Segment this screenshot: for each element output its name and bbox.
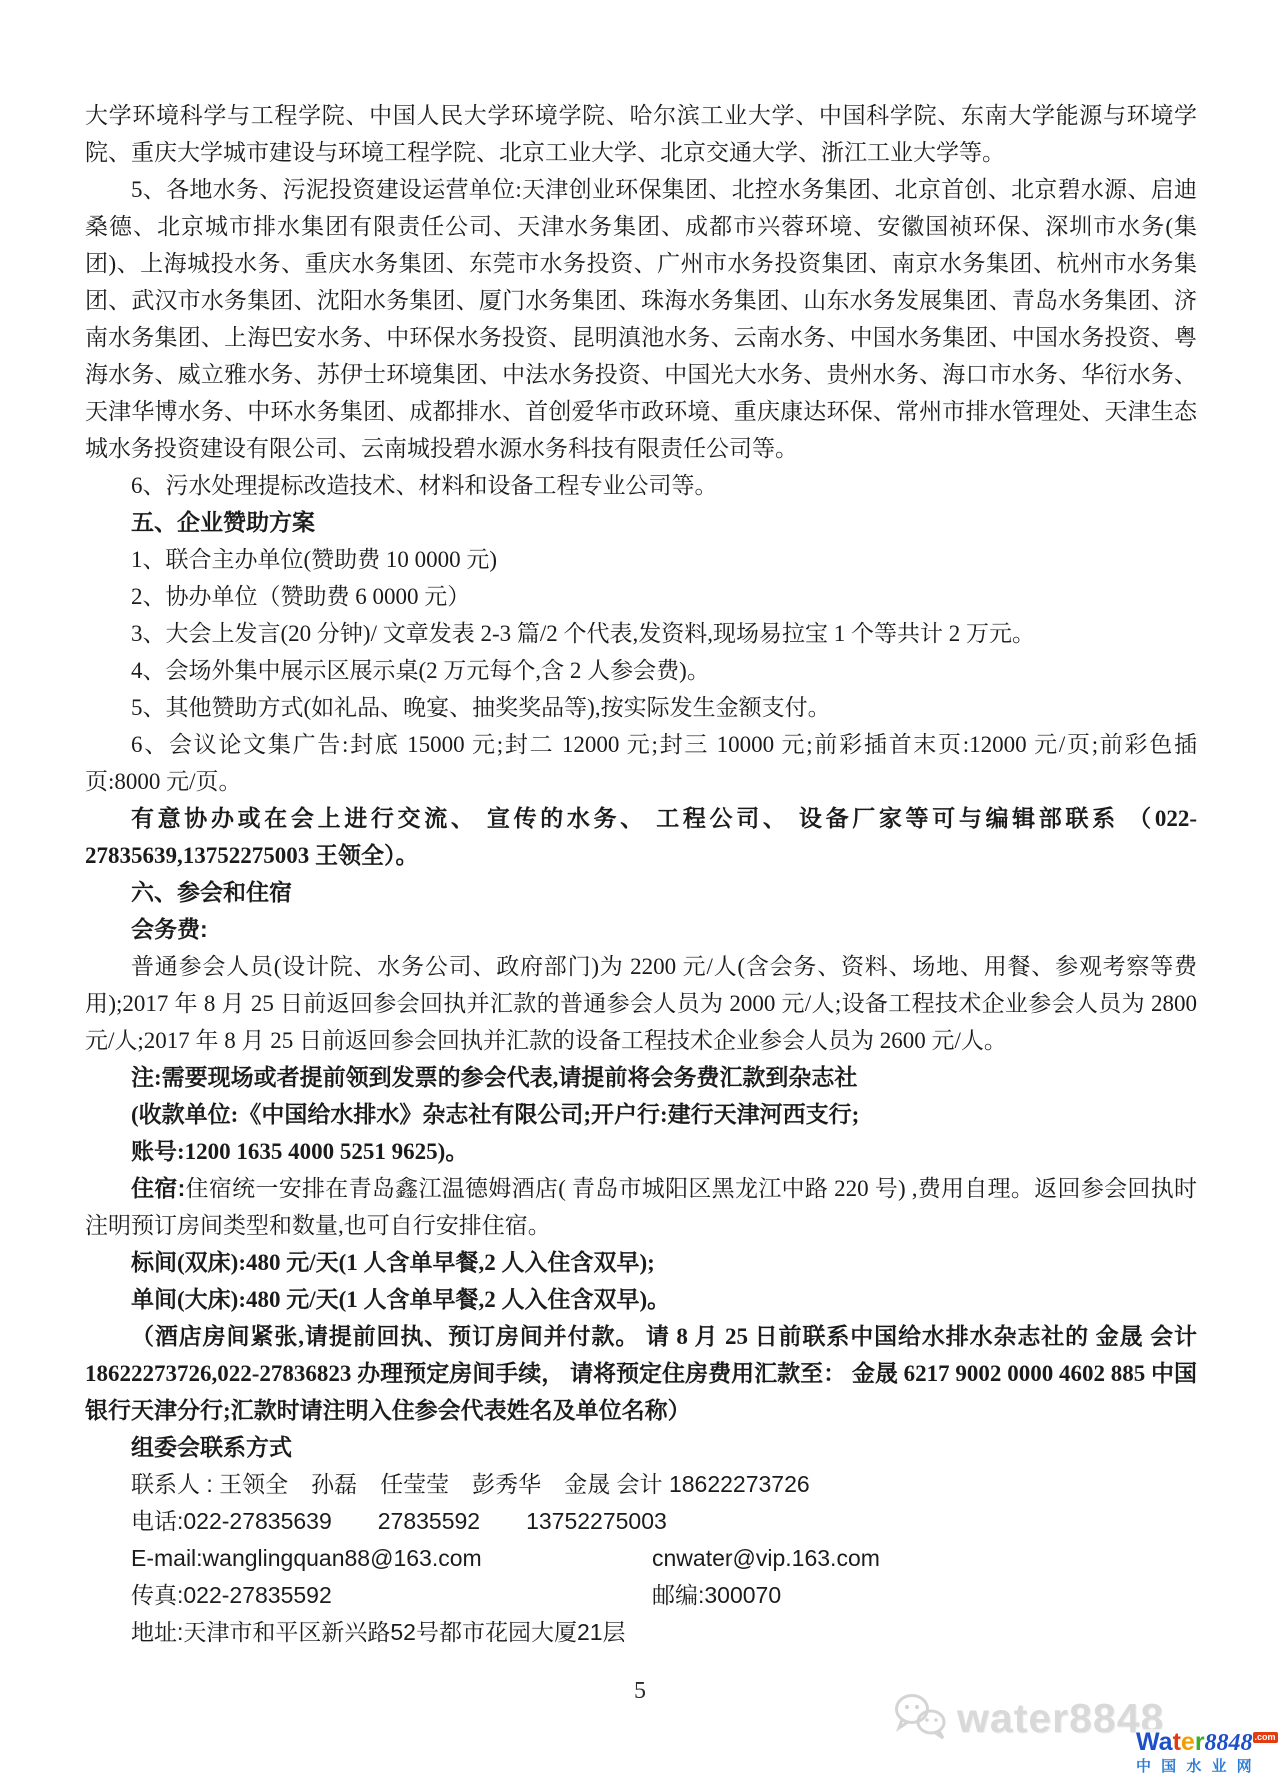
contact-address-row: 地址:天津市和平区新兴路52号都市花园大厦21层 — [85, 1614, 1197, 1651]
water8848-logo: Water8848.com 中 国 水 业 网 — [1136, 1729, 1272, 1777]
wechat-watermark-icon — [893, 1692, 947, 1745]
hotel-detail: 住宿统一安排在青岛鑫江温德姆酒店( 青岛市城阳区黑龙江中路 220 号) ,费用… — [85, 1176, 1197, 1238]
document-body: 大学环境科学与工程学院、中国人民大学环境学院、哈尔滨工业大学、中国科学院、东南大… — [85, 97, 1197, 1651]
email-secondary: cnwater@vip.163.com — [652, 1540, 880, 1577]
fax-number: 传真:022-27835592 — [131, 1577, 652, 1614]
document-page: 大学环境科学与工程学院、中国人民大学环境学院、哈尔滨工业大学、中国科学院、东南大… — [0, 0, 1280, 1782]
logo-letter: W — [1136, 1728, 1159, 1756]
paragraph-account-number: 账号:1200 1635 4000 5251 9625)。 — [85, 1133, 1197, 1170]
logo-number: 8848 — [1205, 1730, 1253, 1756]
paragraph-room-standard: 标间(双床):480 元/天(1 人含单早餐,2 人入住含双早); — [85, 1244, 1197, 1281]
paragraph-invoice-note: 注:需要现场或者提前领到发票的参会代表,请提前将会务费汇款到杂志社 — [85, 1059, 1197, 1096]
sponsor-item-2: 2、协办单位（赞助费 6 0000 元） — [85, 578, 1197, 615]
contact-fax-row: 传真:022-27835592 邮编:300070 — [85, 1577, 1197, 1614]
email-primary: E-mail:wanglingquan88@163.com — [131, 1540, 652, 1577]
logo-letter: e — [1181, 1728, 1195, 1756]
logo-site-name: 中 国 水 业 网 — [1136, 1757, 1272, 1777]
logo-letter: a — [1159, 1728, 1173, 1756]
committee-contact-section: 组委会联系方式 联系人 : 王领全 孙磊 任莹莹 彭秀华 金晟 会计 18622… — [85, 1429, 1197, 1651]
sponsor-item-4: 4、会场外集中展示区展示桌(2 万元每个,含 2 人参会费)。 — [85, 652, 1197, 689]
heading-section5-sponsorship: 五、企业赞助方案 — [85, 504, 1197, 541]
sponsor-item-5: 5、其他赞助方式(如礼品、晚宴、抽奖奖品等),按实际发生金额支付。 — [85, 689, 1197, 726]
heading-conference-fee: 会务费: — [85, 911, 1197, 948]
sponsor-item-6: 6、会议论文集广告:封底 15000 元;封二 12000 元;封三 10000… — [85, 726, 1197, 800]
water8848-logo-wordmark: Water8848.com — [1136, 1729, 1272, 1756]
logo-letter: r — [1195, 1728, 1205, 1756]
gray-watermark-text: water8848 — [957, 1695, 1164, 1742]
paragraph-hotel: 住宿:住宿统一安排在青岛鑫江温德姆酒店( 青岛市城阳区黑龙江中路 220 号) … — [85, 1170, 1197, 1244]
logo-domain-badge: .com — [1253, 1732, 1278, 1743]
heading-section6-attendance: 六、参会和住宿 — [85, 874, 1197, 911]
paragraph-universities-continuation: 大学环境科学与工程学院、中国人民大学环境学院、哈尔滨工业大学、中国科学院、东南大… — [85, 97, 1197, 171]
sponsor-item-3: 3、大会上发言(20 分钟)/ 文章发表 2-3 篇/2 个代表,发资料,现场易… — [85, 615, 1197, 652]
paragraph-cooperation-contact: 有意协办或在会上进行交流、 宣传的水务、 工程公司、 设备厂家等可与编辑部联系 … — [85, 800, 1197, 874]
paragraph-payee: (收款单位:《中国给水排水》杂志社有限公司;开户行:建行天津河西支行; — [85, 1096, 1197, 1133]
contact-persons-row: 联系人 : 王领全 孙磊 任莹莹 彭秀华 金晟 会计 18622273726 — [85, 1466, 1197, 1503]
paragraph-item5-investment-operators: 5、各地水务、污泥投资建设运营单位:天津创业环保集团、北控水务集团、北京首创、北… — [85, 171, 1197, 467]
hotel-label: 住宿: — [131, 1175, 185, 1201]
paragraph-fee-details: 普通参会人员(设计院、水务公司、政府部门)为 2200 元/人(含会务、资料、场… — [85, 948, 1197, 1059]
paragraph-room-single: 单间(大床):480 元/天(1 人含单早餐,2 人入住含双早)。 — [85, 1281, 1197, 1318]
heading-committee-contact: 组委会联系方式 — [85, 1429, 1197, 1466]
contact-email-row: E-mail:wanglingquan88@163.com cnwater@vi… — [85, 1540, 1197, 1577]
contact-phones-row: 电话:022-27835639 27835592 13752275003 — [85, 1503, 1197, 1540]
paragraph-item6-tech-companies: 6、污水处理提标改造技术、材料和设备工程专业公司等。 — [85, 467, 1197, 504]
paragraph-booking-note: （酒店房间紧张,请提前回执、预订房间并付款。 请 8 月 25 日前联系中国给水… — [85, 1318, 1197, 1429]
gray-watermark: water8848 — [893, 1692, 1164, 1745]
sponsor-item-1: 1、联合主办单位(赞助费 10 0000 元) — [85, 541, 1197, 578]
logo-letter: t — [1173, 1728, 1181, 1756]
postcode: 邮编:300070 — [652, 1577, 781, 1614]
